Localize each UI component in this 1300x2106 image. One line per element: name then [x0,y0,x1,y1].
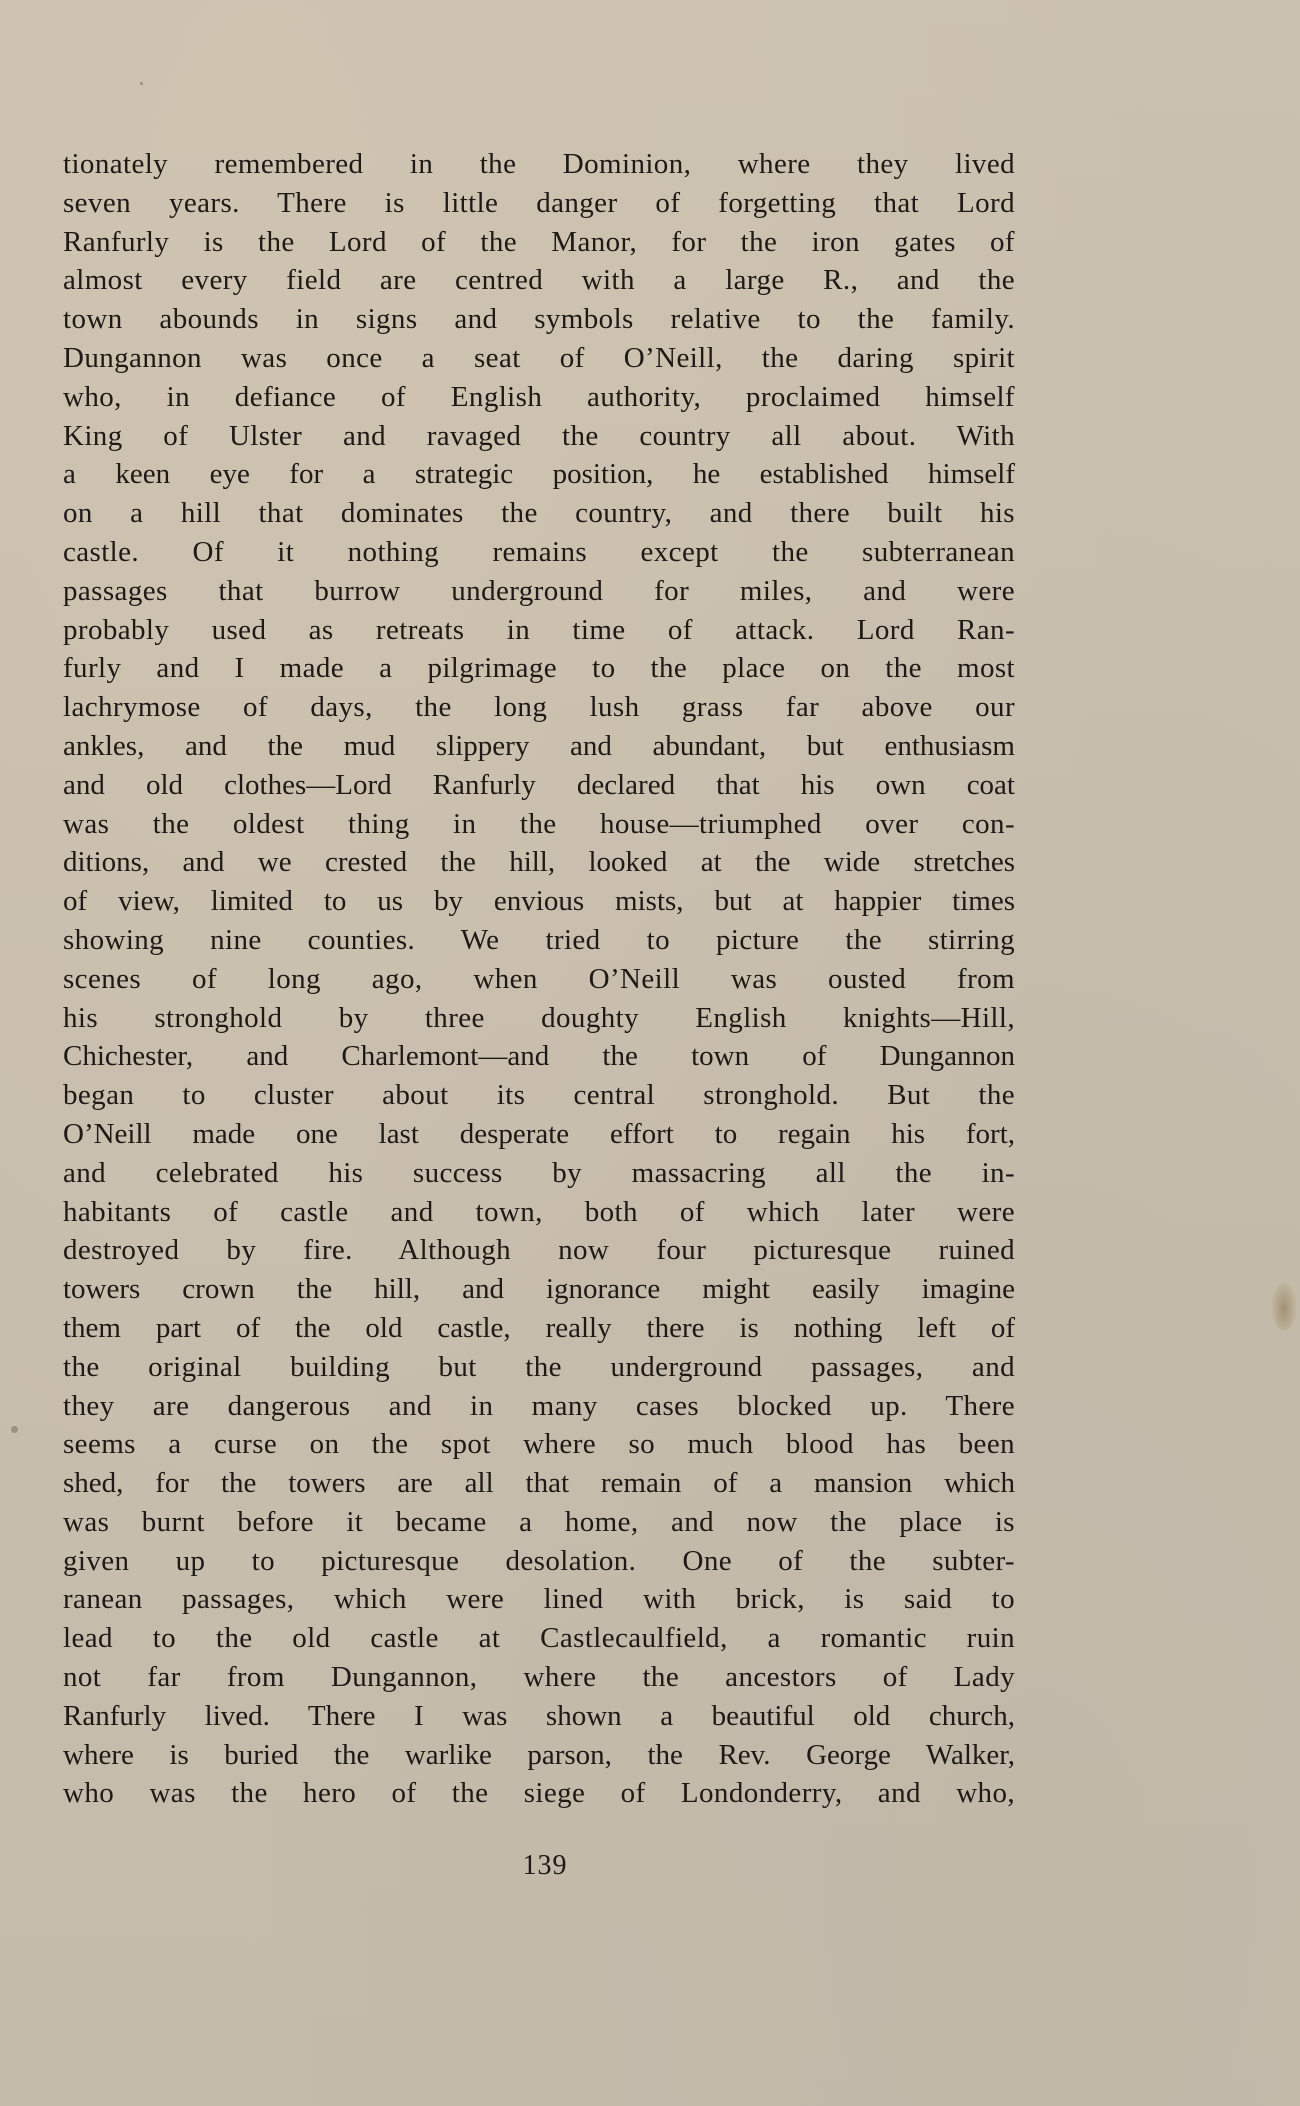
paper-stain [1272,1282,1296,1330]
text-line: shed, for the towers are all that remain… [63,1464,1015,1503]
text-line: of view, limited to us by envious mists,… [63,882,1015,921]
text-line: ankles, and the mud slippery and abundan… [63,727,1015,766]
text-line: King of Ulster and ravaged the country a… [63,417,1015,456]
text-line: lead to the old castle at Castlecaulfiel… [63,1619,1015,1658]
text-line: town abounds in signs and symbols relati… [63,300,1015,339]
text-line: given up to picturesque desolation. One … [63,1542,1015,1581]
text-line: Chichester, and Charlemont—and the town … [63,1037,1015,1076]
text-line: scenes of long ago, when O’Neill was ous… [63,960,1015,999]
text-line: lachrymose of days, the long lush grass … [63,688,1015,727]
paper-speck [140,82,143,85]
text-line: seven years. There is little danger of f… [63,184,1015,223]
text-line: a keen eye for a strategic position, he … [63,455,1015,494]
text-line: ranean passages, which were lined with b… [63,1580,1015,1619]
text-line: not far from Dungannon, where the ancest… [63,1658,1015,1697]
text-line: passages that burrow underground for mil… [63,572,1015,611]
text-line: castle. Of it nothing remains except the… [63,533,1015,572]
text-line: who was the hero of the siege of Londond… [63,1774,1015,1813]
text-line: who, in defiance of English authority, p… [63,378,1015,417]
text-line: on a hill that dominates the country, an… [63,494,1015,533]
text-line: almost every field are centred with a la… [63,261,1015,300]
text-line: Dungannon was once a seat of O’Neill, th… [63,339,1015,378]
text-line: Ranfurly is the Lord of the Manor, for t… [63,223,1015,262]
text-line: where is buried the warlike parson, the … [63,1736,1015,1775]
text-line: his stronghold by three doughty English … [63,999,1015,1038]
text-line: showing nine counties. We tried to pictu… [63,921,1015,960]
text-line: the original building but the undergroun… [63,1348,1015,1387]
text-line: was burnt before it became a home, and n… [63,1503,1015,1542]
text-line: furly and I made a pilgrimage to the pla… [63,649,1015,688]
text-line: probably used as retreats in time of att… [63,611,1015,650]
text-line: O’Neill made one last desperate effort t… [63,1115,1015,1154]
text-line: destroyed by fire. Although now four pic… [63,1231,1015,1270]
page-number: 139 [0,1850,1090,1882]
text-line: habitants of castle and town, both of wh… [63,1193,1015,1232]
text-line: seems a curse on the spot where so much … [63,1425,1015,1464]
paper-speck [11,1426,18,1433]
text-line: Ranfurly lived. There I was shown a beau… [63,1697,1015,1736]
text-line: began to cluster about its central stron… [63,1076,1015,1115]
text-line: and old clothes—Lord Ranfurly declared t… [63,766,1015,805]
text-line: and celebrated his success by massacring… [63,1154,1015,1193]
body-text: tionately remembered in the Dominion, wh… [63,145,1015,1813]
text-line: ditions, and we crested the hill, looked… [63,843,1015,882]
text-line: they are dangerous and in many cases blo… [63,1387,1015,1426]
text-line: towers crown the hill, and ignorance mig… [63,1270,1015,1309]
book-page: tionately remembered in the Dominion, wh… [0,0,1300,2106]
text-line: them part of the old castle, really ther… [63,1309,1015,1348]
text-line: was the oldest thing in the house—triump… [63,805,1015,844]
text-line: tionately remembered in the Dominion, wh… [63,145,1015,184]
